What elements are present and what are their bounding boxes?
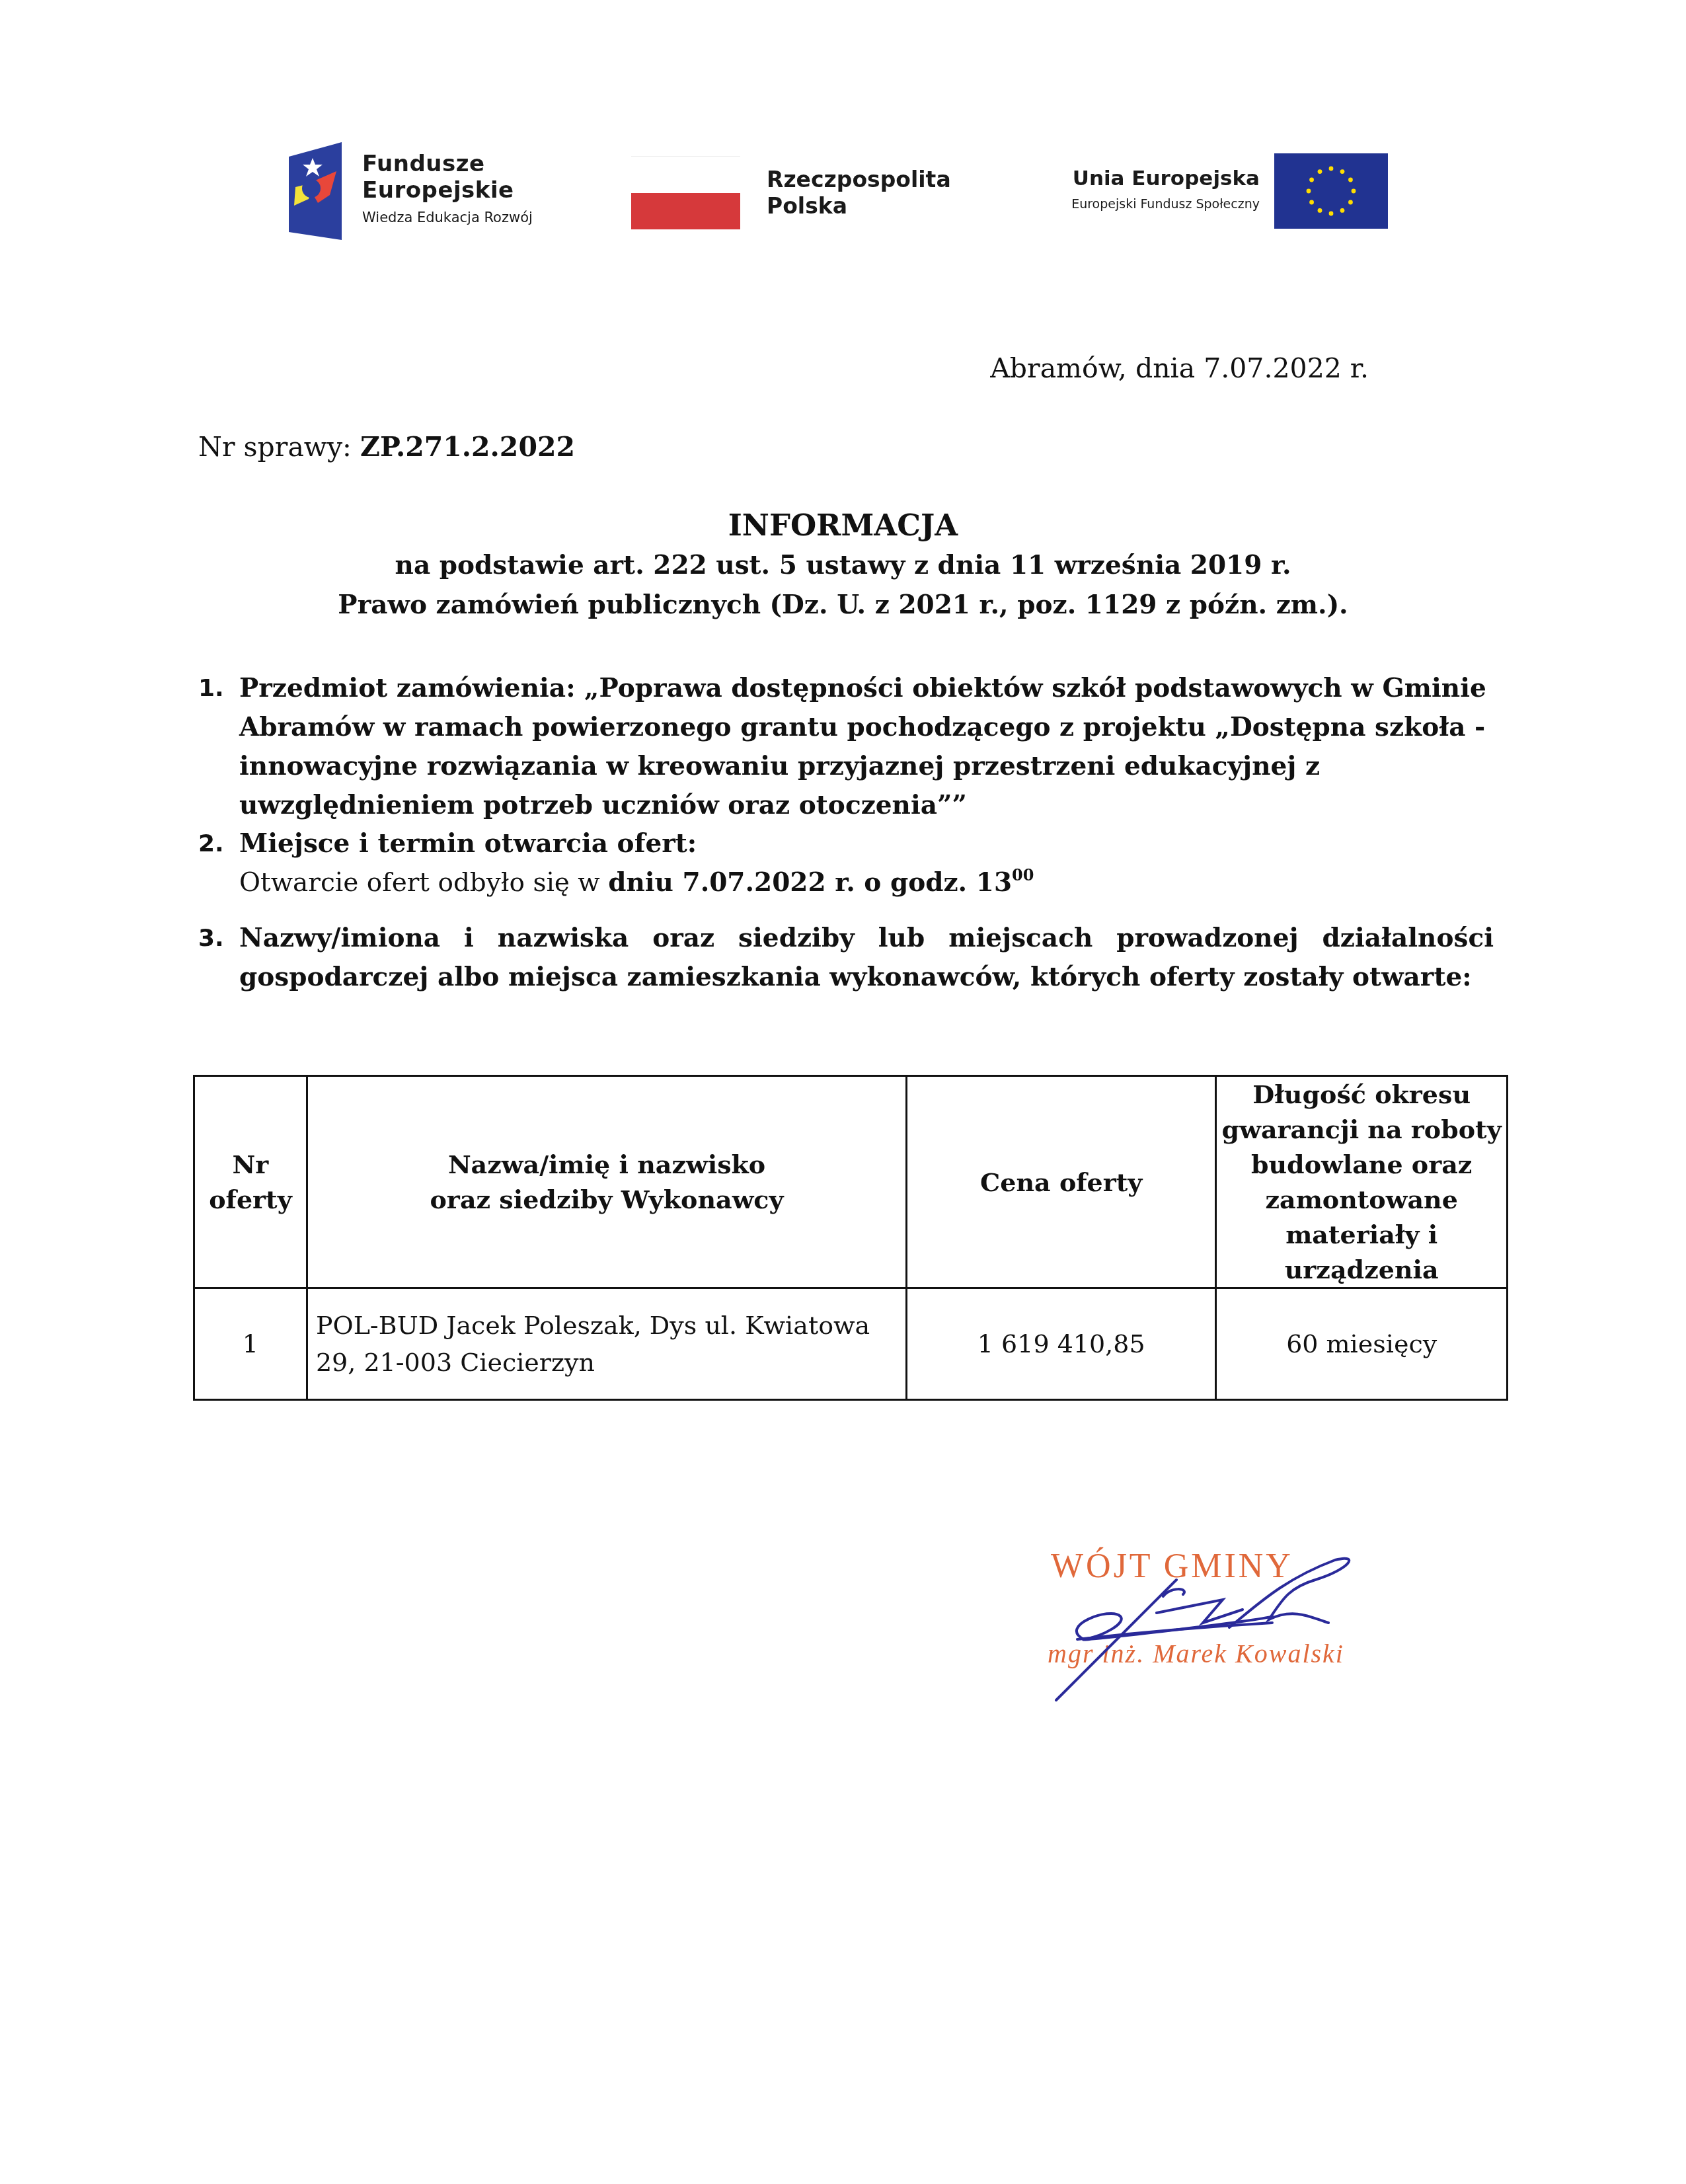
header-price: Cena oferty xyxy=(907,1076,1216,1288)
bidders-text: Nazwy/imiona i nazwiska oraz siedziby lu… xyxy=(239,919,1494,997)
case-number-label: Nr sprawy: xyxy=(198,431,360,463)
rzeczpospolita-polska-logo-text: Rzeczpospolita Polska xyxy=(767,167,951,219)
fundusze-europejskie-logo-text: Fundusze Europejskie Wiedza Edukacja Roz… xyxy=(362,151,533,229)
header-offer-number: Nr oferty xyxy=(194,1076,307,1288)
cell-price: 1 619 410,85 xyxy=(907,1288,1216,1400)
offers-table: Nr oferty Nazwa/imię i nazwisko oraz sie… xyxy=(193,1075,1508,1401)
place-and-date: Abramów, dnia 7.07.2022 r. xyxy=(990,352,1369,384)
subject-text: Przedmiot zamówienia: „Poprawa dostępnoś… xyxy=(239,669,1494,825)
opening-minutes: 00 xyxy=(1012,865,1034,884)
legal-basis-line-2: Prawo zamówień publicznych (Dz. U. z 202… xyxy=(0,590,1686,620)
cell-contractor: POL-BUD Jacek Poleszak, Dys ul. Kwiatowa… xyxy=(307,1288,906,1400)
case-number: ZP.271.2.2022 xyxy=(360,431,575,463)
cell-warranty: 60 miesięcy xyxy=(1216,1288,1508,1400)
opening-date: dniu 7.07.2022 r. o godz. 13 xyxy=(608,867,1012,898)
header-warranty: Długość okresu gwarancji na roboty budow… xyxy=(1216,1076,1508,1288)
list-number: 1. xyxy=(198,669,238,708)
opening-heading: Miejsce i termin otwarcia ofert: xyxy=(239,828,697,859)
opening-text: Otwarcie ofert odbyło się w xyxy=(239,868,608,898)
list-number: 3. xyxy=(198,919,238,958)
signature-icon xyxy=(1005,1507,1375,1705)
table-row: 1 POL-BUD Jacek Poleszak, Dys ul. Kwiato… xyxy=(194,1288,1508,1400)
unia-europejska-logo-text: Unia Europejska Europejski Fundusz Społe… xyxy=(1071,165,1260,214)
table-header-row: Nr oferty Nazwa/imię i nazwisko oraz sie… xyxy=(194,1076,1508,1288)
case-number-line: Nr sprawy: ZP.271.2.2022 xyxy=(198,431,575,463)
list-number: 2. xyxy=(198,824,238,863)
fundusze-europejskie-logo-icon xyxy=(289,142,342,240)
cell-offer-number: 1 xyxy=(194,1288,307,1400)
legal-basis-line-1: na podstawie art. 222 ust. 5 ustawy z dn… xyxy=(0,550,1686,580)
header-contractor: Nazwa/imię i nazwisko oraz siedziby Wyko… xyxy=(307,1076,906,1288)
document-title: INFORMACJA xyxy=(0,508,1686,543)
eu-flag-icon xyxy=(1274,153,1388,229)
polish-flag-icon xyxy=(631,156,740,229)
